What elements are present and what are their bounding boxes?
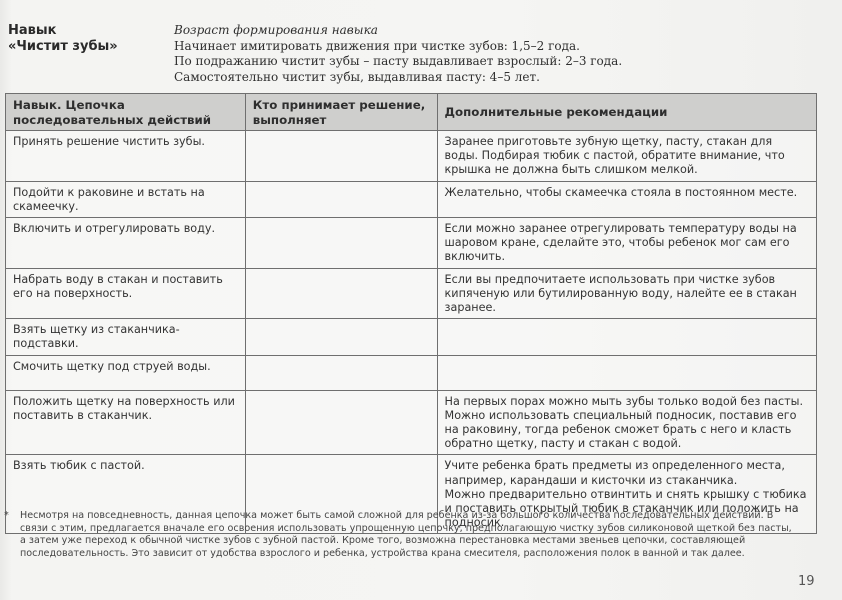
skill-label: Навык xyxy=(8,23,118,39)
cell-action: Подойти к раковине и встать на скамеечку… xyxy=(6,181,246,217)
table-header-row: Навык. Цепочка последовательных действий… xyxy=(6,94,817,131)
table-row: Включить и отрегулировать воду. Если мож… xyxy=(6,218,817,269)
age-line: Начинает имитировать движения при чистке… xyxy=(174,39,622,55)
footnote: * Несмотря на повседневность, данная цеп… xyxy=(4,510,794,560)
table-row: Положить щетку на поверхность или постав… xyxy=(6,390,817,455)
cell-recommendation xyxy=(437,319,816,355)
cell-action: Набрать воду в стакан и поставить его на… xyxy=(6,268,246,319)
cell-who xyxy=(245,131,437,182)
table-row: Набрать воду в стакан и поставить его на… xyxy=(6,268,817,319)
cell-recommendation: Если можно заранее отрегулировать темпер… xyxy=(437,218,816,269)
cell-recommendation: Заранее приготовьте зубную щетку, пасту,… xyxy=(437,131,816,182)
skill-title: Навык «Чистит зубы» xyxy=(8,23,118,55)
cell-who xyxy=(245,319,437,355)
cell-recommendation: Желательно, чтобы скамеечка стояла в пос… xyxy=(437,181,816,217)
age-heading: Возраст формирования навыка xyxy=(174,23,622,39)
cell-who xyxy=(245,218,437,269)
skill-chain-table: Навык. Цепочка последовательных действий… xyxy=(5,93,817,534)
page-number: 19 xyxy=(798,574,815,589)
age-block: Возраст формирования навыка Начинает ими… xyxy=(174,23,622,85)
cell-action: Взять щетку из стаканчика-подставки. xyxy=(6,319,246,355)
cell-who xyxy=(245,268,437,319)
column-header-recommendation: Дополнительные рекомендации xyxy=(437,94,816,131)
cell-who xyxy=(245,390,437,455)
cell-action: Включить и отрегулировать воду. xyxy=(6,218,246,269)
skill-name: «Чистит зубы» xyxy=(8,39,118,55)
footnote-text: Несмотря на повседневность, данная цепоч… xyxy=(20,510,794,560)
cell-recommendation xyxy=(437,355,816,390)
cell-action: Принять решение чистить зубы. xyxy=(6,131,246,182)
table-row: Подойти к раковине и встать на скамеечку… xyxy=(6,181,817,217)
column-header-action: Навык. Цепочка последовательных действий xyxy=(6,94,246,131)
cell-action: Положить щетку на поверхность или постав… xyxy=(6,390,246,455)
age-line: Самостоятельно чистит зубы, выдавливая п… xyxy=(174,70,622,86)
cell-who xyxy=(245,181,437,217)
cell-action: Смочить щетку под струей воды. xyxy=(6,355,246,390)
column-header-who: Кто принимает решение, выполняет xyxy=(245,94,437,131)
cell-recommendation: На первых порах можно мыть зубы только в… xyxy=(437,390,816,455)
table-row: Смочить щетку под струей воды. xyxy=(6,355,817,390)
table-row: Взять щетку из стаканчика-подставки. xyxy=(6,319,817,355)
table-row: Принять решение чистить зубы. Заранее пр… xyxy=(6,131,817,182)
footnote-marker: * xyxy=(4,510,9,523)
cell-who xyxy=(245,355,437,390)
cell-recommendation: Если вы предпочитаете использовать при ч… xyxy=(437,268,816,319)
age-line: По подражанию чистит зубы – пасту выдавл… xyxy=(174,54,622,70)
